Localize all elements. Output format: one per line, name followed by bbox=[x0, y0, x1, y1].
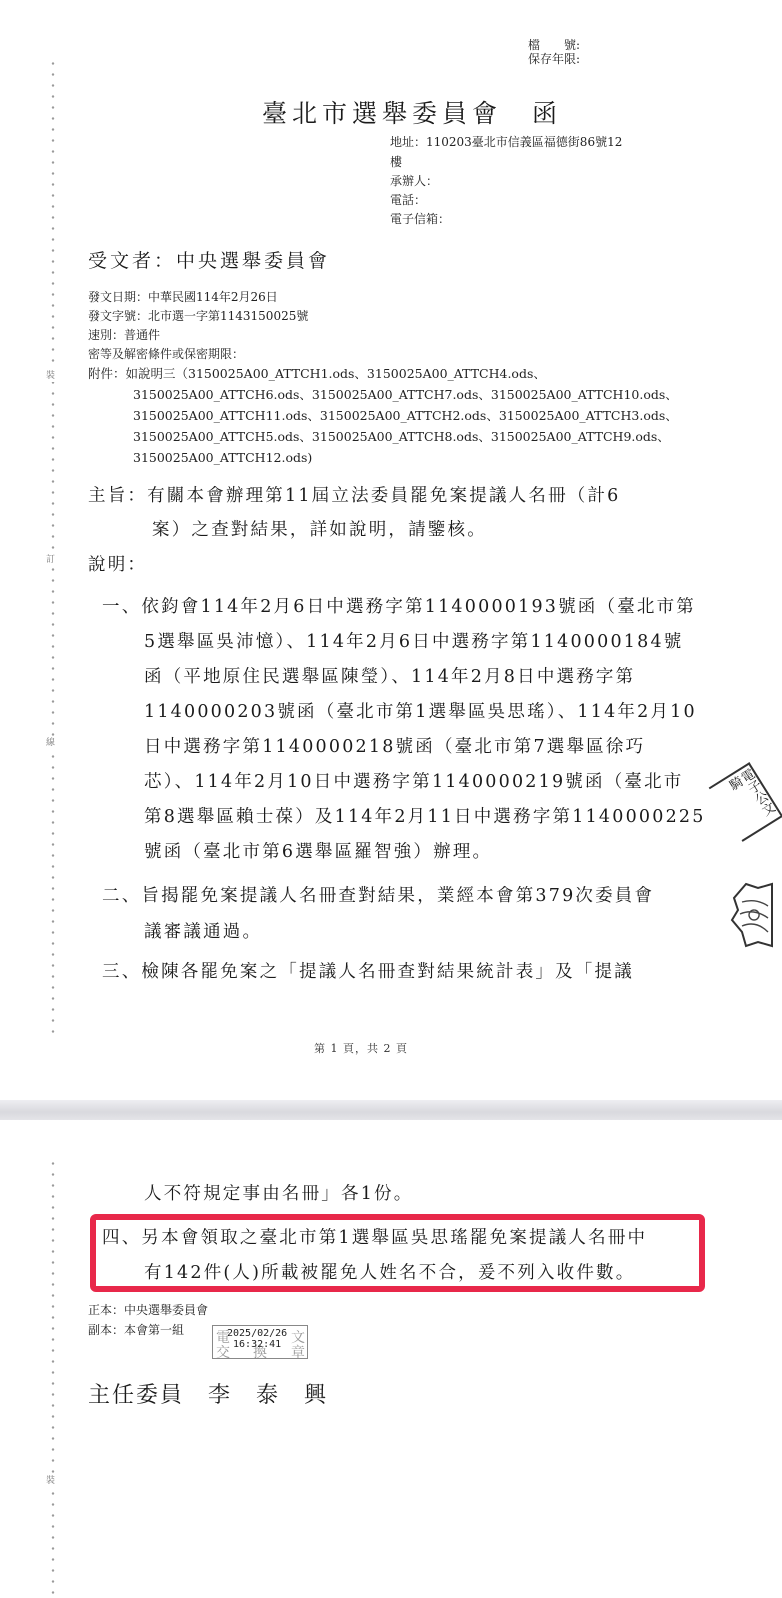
stamp-date: 2025/02/26 bbox=[227, 1328, 287, 1339]
recipient: 受文者：中央選舉委員會 bbox=[88, 246, 330, 273]
item-three-line-1: 三、檢陳各罷免案之「提議人名冊查對結果統計表」及「提議 bbox=[102, 958, 634, 983]
phone-label: 電話： bbox=[390, 190, 426, 210]
handler-label: 承辦人： bbox=[390, 171, 438, 191]
stamp-char: 章 bbox=[291, 1342, 305, 1362]
document-number: 發文字號：北市選一字第1143150025號 bbox=[88, 306, 308, 326]
attachment-line-3: 3150025A00_ATTCH11.ods、3150025A00_ATTCH2… bbox=[133, 405, 678, 426]
attachment-line-5: 3150025A00_ATTCH12.ods) bbox=[133, 447, 312, 468]
secrecy-level: 密等及解密條件或保密期限： bbox=[88, 344, 244, 364]
email-label: 電子信箱： bbox=[390, 209, 450, 229]
document-title: 臺北市選舉委員會 函 bbox=[262, 94, 562, 130]
signature: 主任委員 李 泰 興 bbox=[88, 1378, 328, 1409]
binding-mark-zhuang: 裝 bbox=[46, 370, 55, 382]
attachment-line-1: 附件：如說明三（3150025A00_ATTCH1.ods、3150025A00… bbox=[88, 363, 546, 384]
attachment-line-4: 3150025A00_ATTCH5.ods、3150025A00_ATTCH8.… bbox=[133, 426, 670, 447]
explanation-label: 說明： bbox=[88, 551, 147, 576]
stamp-time: 16:32:41 bbox=[227, 1339, 287, 1350]
issue-date: 發文日期：中華民國114年2月26日 bbox=[88, 287, 278, 307]
subject-line-2: 案）之查對結果，詳如說明，請鑒核。 bbox=[152, 516, 487, 541]
item-one-line-2: 5選舉區吳沛憶）、114年2月6日中選務字第1140000184號 bbox=[144, 628, 684, 653]
delivery-speed: 速別：普通件 bbox=[88, 325, 160, 345]
document-page-1: 裝 訂 線 檔 號: 保存年限: 臺北市選舉委員會 函 地址：110203臺北市… bbox=[0, 0, 782, 1100]
copy-recipient: 副本：本會第一組 bbox=[88, 1320, 184, 1340]
binding-mark-zhuang: 裝 bbox=[46, 1475, 55, 1487]
document-page-2: 裝 人不符規定事由名冊」各1份。 bbox=[0, 1120, 782, 1598]
item-one-line-5: 日中選務字第1140000218號函（臺北市第7選舉區徐巧 bbox=[144, 733, 645, 758]
binding-line bbox=[50, 58, 56, 1038]
item-two-line-1: 二、旨揭罷免案提議人名冊查對結果，業經本會第379次委員會 bbox=[102, 882, 654, 907]
original-recipient: 正本：中央選舉委員會 bbox=[88, 1300, 208, 1320]
binding-line bbox=[50, 1158, 56, 1598]
item-one-line-1: 一、依鈞會114年2月6日中選務字第1140000193號函（臺北市第 bbox=[102, 593, 696, 618]
item-two-line-2: 議審議通過。 bbox=[144, 918, 262, 943]
item-one-line-3: 函（平地原住民選舉區陳瑩）、114年2月8日中選務字第 bbox=[144, 663, 635, 688]
item-three-line-2: 人不符規定事由名冊」各1份。 bbox=[144, 1180, 413, 1205]
attachment-line-2: 3150025A00_ATTCH6.ods、3150025A00_ATTCH7.… bbox=[133, 384, 678, 405]
item-one-line-4: 1140000203號函（臺北市第1選舉區吳思瑤）、114年2月10 bbox=[144, 698, 697, 723]
page-footer: 第 1 頁，共 2 頁 bbox=[314, 1040, 408, 1056]
electronic-seal: 電子公文騎 bbox=[709, 762, 782, 842]
binding-mark-ding: 訂 bbox=[46, 554, 55, 566]
subject-line-1: 主旨：有關本會辦理第11屆立法委員罷免案提議人名冊（計6 bbox=[88, 482, 621, 507]
seal-emblem-icon bbox=[728, 880, 776, 950]
page-separator bbox=[0, 1100, 782, 1120]
exchange-stamp: 電 文 交 換 章 2025/02/26 16:32:41 bbox=[212, 1325, 308, 1359]
item-one-line-7: 第8選舉區賴士葆）及114年2月11日中選務字第1140000225 bbox=[144, 803, 706, 828]
item-four-line-1: 四、另本會領取之臺北市第1選舉區吳思瑤罷免案提議人名冊中 bbox=[102, 1224, 647, 1249]
retention-label: 保存年限: bbox=[528, 52, 580, 66]
file-number-label: 檔 號: bbox=[528, 38, 580, 52]
address-line1: 地址：110203臺北市信義區福德街86號12 bbox=[390, 132, 622, 152]
item-four-line-2: 有142件(人)所載被罷免人姓名不合，爰不列入收件數。 bbox=[144, 1259, 635, 1284]
item-one-line-6: 芯）、114年2月10日中選務字第1140000219號函（臺北市 bbox=[144, 768, 684, 793]
address-line2: 樓 bbox=[390, 152, 402, 172]
stamp-datetime: 2025/02/26 16:32:41 bbox=[227, 1328, 287, 1350]
item-one-line-8: 號函（臺北市第6選舉區羅智強）辦理。 bbox=[144, 838, 492, 863]
binding-mark-xian: 線 bbox=[46, 737, 55, 749]
